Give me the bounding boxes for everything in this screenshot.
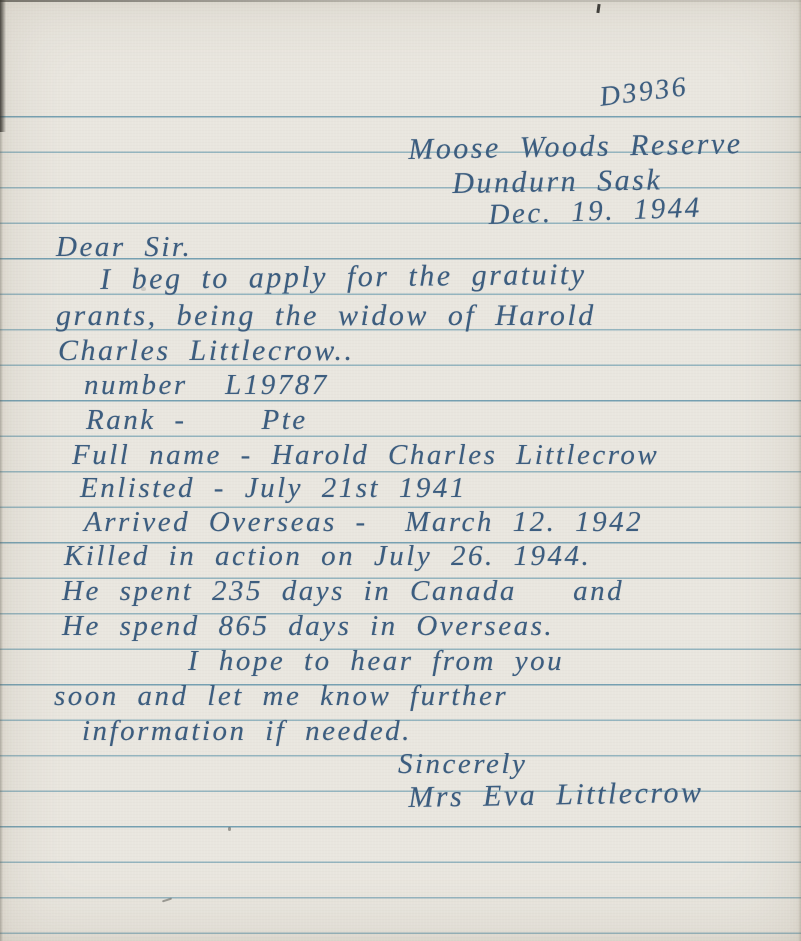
body-line: I beg to apply for the gratuity <box>100 258 587 297</box>
left-scan-edge-faint <box>0 120 3 941</box>
salutation: Dear Sir. <box>56 231 192 263</box>
date-line: Dec. 19. 1944 <box>488 192 702 232</box>
body-line: I hope to hear from you <box>188 645 564 677</box>
enlisted-line: Enlisted - July 21st 1941 <box>80 472 467 504</box>
top-scan-edge <box>0 0 801 2</box>
full-name-line: Full name - Harold Charles Littlecrow <box>72 439 659 471</box>
pencil-speck <box>162 898 172 903</box>
address-line-1: Moose Woods Reserve <box>408 127 743 166</box>
file-number: D3936 <box>598 71 690 113</box>
rank-line: Rank - Pte <box>86 404 308 436</box>
body-line: soon and let me know further <box>54 680 508 712</box>
days-in-canada-line: He spent 235 days in Canada and <box>62 575 624 607</box>
arrived-overseas-line: Arrived Overseas - March 12. 1942 <box>84 506 643 538</box>
body-line: grants, being the widow of Harold <box>56 299 596 333</box>
closing: Sincerely <box>398 748 527 780</box>
pencil-speck <box>228 827 231 831</box>
signature: Mrs Eva Littlecrow <box>408 776 704 815</box>
handwritten-letter-page: D3936 Moose Woods Reserve Dundurn Sask D… <box>0 0 801 941</box>
body-line: Charles Littlecrow.. <box>58 334 355 368</box>
scan-tick-mark <box>596 4 600 13</box>
left-scan-edge-dark <box>0 0 6 132</box>
service-number-line: number L19787 <box>84 369 329 401</box>
body-line: information if needed. <box>82 715 412 747</box>
killed-in-action-line: Killed in action on July 26. 1944. <box>64 540 591 572</box>
days-overseas-line: He spend 865 days in Overseas. <box>62 610 554 642</box>
